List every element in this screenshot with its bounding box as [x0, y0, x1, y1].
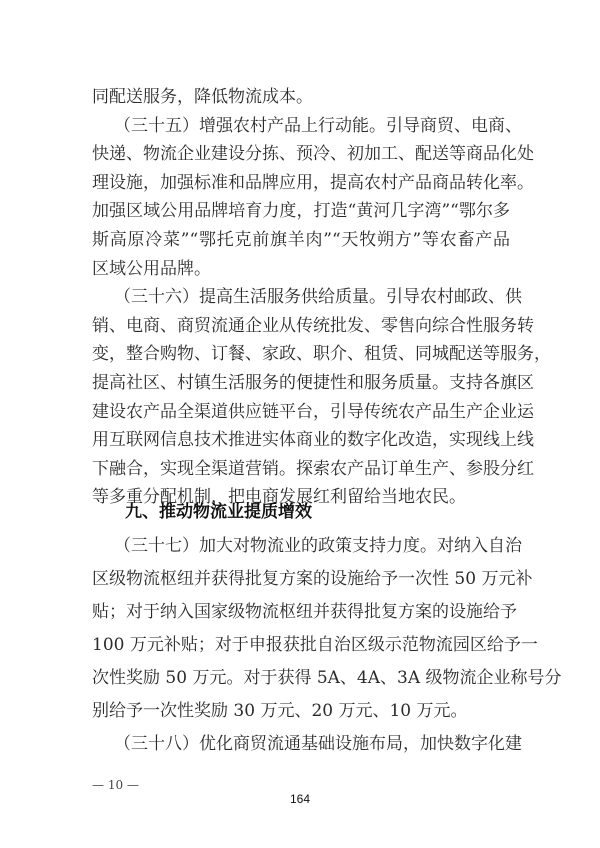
- text-line: 区级物流枢纽并获得批复方案的设施给予一次性 50 万元补: [92, 568, 510, 590]
- text-line: 理设施，加强标准和品牌应用，提高农村产品商品转化率。: [92, 172, 510, 194]
- text-line: 变，整合购物、订餐、家政、职介、租赁、同城配送等服务，: [92, 343, 510, 365]
- text-line: 快递、物流企业建设分拣、预冷、初加工、配送等商品化处: [92, 143, 510, 165]
- text-line: 别给予一次性奖励 30 万元、20 万元、10 万元。: [92, 700, 510, 722]
- section-heading: 九、推动物流业提质增效: [125, 501, 312, 523]
- text-line: （三十六）提高生活服务供给质量。引导农村邮政、供: [114, 286, 510, 308]
- text-line: 销、电商、商贸流通企业从传统批发、零售向综合性服务转: [92, 315, 510, 337]
- text-line: 下融合，实现全渠道营销。探索农产品订单生产、参股分红: [92, 458, 510, 480]
- text-line: 提高社区、村镇生活服务的便捷性和服务质量。支持各旗区: [92, 372, 510, 394]
- text-line: 贴；对于纳入国家级物流枢纽并获得批复方案的设施给予: [92, 601, 510, 623]
- text-line: 100 万元补贴；对于申报获批自治区级示范物流园区给予一: [92, 634, 510, 656]
- text-line: 次性奖励 50 万元。对于获得 5A、4A、3A 级物流企业称号分: [92, 667, 510, 689]
- text-line: （三十七）加大对物流业的政策支持力度。对纳入自治: [114, 535, 510, 557]
- text-line: 区域公用品牌。: [92, 258, 510, 280]
- text-line: 斯高原冷菜”“鄂托克前旗羊肉”“天牧朔方”等农畜产品: [92, 229, 510, 251]
- text-line: 同配送服务，降低物流成本。: [92, 86, 510, 108]
- text-line: （三十五）增强农村产品上行动能。引导商贸、电商、: [114, 115, 510, 137]
- document-page: 同配送服务，降低物流成本。（三十五）增强农村产品上行动能。引导商贸、电商、快递、…: [0, 0, 600, 848]
- sheet-number: 164: [0, 792, 600, 806]
- page-number: — 10 —: [92, 778, 139, 792]
- text-line: 建设农产品全渠道供应链平台，引导传统农产品生产企业运: [92, 401, 510, 423]
- text-line: 用互联网信息技术推进实体商业的数字化改造，实现线上线: [92, 429, 510, 451]
- text-line: 加强区域公用品牌培育力度，打造“黄河几字湾”“鄂尔多: [92, 200, 510, 222]
- text-line: （三十八）优化商贸流通基础设施布局，加快数字化建: [114, 733, 510, 755]
